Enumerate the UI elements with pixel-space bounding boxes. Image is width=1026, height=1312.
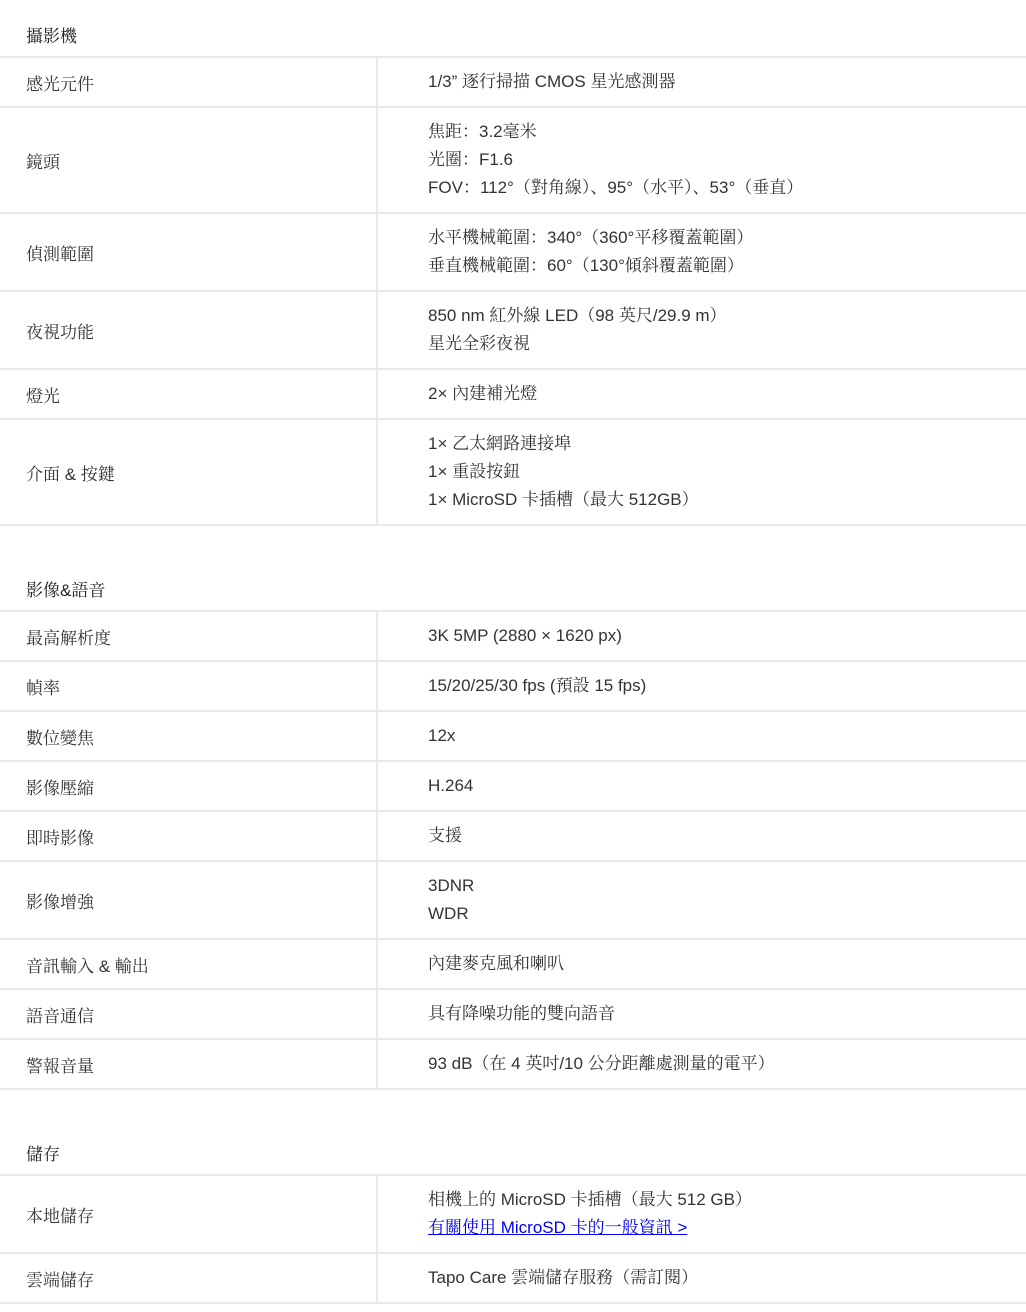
section-title: 影像&語音 — [0, 554, 1026, 612]
spec-label: 數位變焦 — [0, 712, 378, 760]
section-storage: 儲存 本地儲存 相機上的 MicroSD 卡插槽（最大 512 GB） 有關使用… — [0, 1118, 1026, 1304]
section-title: 攝影機 — [0, 0, 1026, 58]
table-row: 夜視功能 850 nm 紅外線 LED（98 英尺/29.9 m） 星光全彩夜視 — [0, 292, 1026, 370]
spec-label: 本地儲存 — [0, 1176, 378, 1252]
spec-label: 鏡頭 — [0, 108, 378, 212]
spec-value-line: 3K 5MP (2880 × 1620 px) — [428, 622, 1026, 650]
table-row: 影像增強 3DNR WDR — [0, 862, 1026, 940]
microsd-info-link[interactable]: 有關使用 MicroSD 卡的一般資訊 > — [428, 1214, 1026, 1242]
spec-label: 雲端儲存 — [0, 1254, 378, 1302]
spec-label: 燈光 — [0, 370, 378, 418]
table-row: 幀率 15/20/25/30 fps (預設 15 fps) — [0, 662, 1026, 712]
spec-label: 感光元件 — [0, 58, 378, 106]
table-row: 即時影像 支援 — [0, 812, 1026, 862]
table-row: 警報音量 93 dB（在 4 英吋/10 公分距離處測量的電平） — [0, 1040, 1026, 1090]
spec-value: 水平機械範圍：340°（360°平移覆蓋範圍） 垂直機械範圍：60°（130°傾… — [378, 214, 1026, 290]
spec-value: 15/20/25/30 fps (預設 15 fps) — [378, 662, 1026, 710]
table-row: 音訊輸入 & 輸出 內建麥克風和喇叭 — [0, 940, 1026, 990]
table-row: 偵測範圍 水平機械範圍：340°（360°平移覆蓋範圍） 垂直機械範圍：60°（… — [0, 214, 1026, 292]
spec-value: 93 dB（在 4 英吋/10 公分距離處測量的電平） — [378, 1040, 1026, 1088]
spec-label: 語音通信 — [0, 990, 378, 1038]
spec-value-line: 850 nm 紅外線 LED（98 英尺/29.9 m） — [428, 302, 1026, 330]
spec-label: 偵測範圍 — [0, 214, 378, 290]
spec-value: 1/3” 逐行掃描 CMOS 星光感測器 — [378, 58, 1026, 106]
table-row: 燈光 2× 內建補光燈 — [0, 370, 1026, 420]
spec-sheet: 攝影機 感光元件 1/3” 逐行掃描 CMOS 星光感測器 鏡頭 焦距：3.2毫… — [0, 0, 1026, 1304]
table-row: 鏡頭 焦距：3.2毫米 光圈：F1.6 FOV：112°（對角線）、95°（水平… — [0, 108, 1026, 214]
spec-value: 2× 內建補光燈 — [378, 370, 1026, 418]
spec-value-line: 支援 — [428, 822, 1026, 850]
spec-value-line: 1× 乙太網路連接埠 — [428, 430, 1026, 458]
spec-value: 相機上的 MicroSD 卡插槽（最大 512 GB） 有關使用 MicroSD… — [378, 1176, 1026, 1252]
section-video-audio: 影像&語音 最高解析度 3K 5MP (2880 × 1620 px) 幀率 1… — [0, 554, 1026, 1090]
spec-value: H.264 — [378, 762, 1026, 810]
spec-value-line: 內建麥克風和喇叭 — [428, 950, 1026, 978]
spec-label: 夜視功能 — [0, 292, 378, 368]
table-row: 本地儲存 相機上的 MicroSD 卡插槽（最大 512 GB） 有關使用 Mi… — [0, 1176, 1026, 1254]
spec-value-line: 2× 內建補光燈 — [428, 380, 1026, 408]
spec-value: 支援 — [378, 812, 1026, 860]
table-row: 雲端儲存 Tapo Care 雲端儲存服務（需訂閱） — [0, 1254, 1026, 1304]
table-row: 感光元件 1/3” 逐行掃描 CMOS 星光感測器 — [0, 58, 1026, 108]
table-row: 數位變焦 12x — [0, 712, 1026, 762]
spec-value-line: 水平機械範圍：340°（360°平移覆蓋範圍） — [428, 224, 1026, 252]
spec-label: 最高解析度 — [0, 612, 378, 660]
spec-value: 焦距：3.2毫米 光圈：F1.6 FOV：112°（對角線）、95°（水平）、5… — [378, 108, 1026, 212]
spec-value-line: 1× MicroSD 卡插槽（最大 512GB） — [428, 486, 1026, 514]
table-row: 影像壓縮 H.264 — [0, 762, 1026, 812]
table-row: 語音通信 具有降噪功能的雙向語音 — [0, 990, 1026, 1040]
spec-value: 內建麥克風和喇叭 — [378, 940, 1026, 988]
spec-value: 3DNR WDR — [378, 862, 1026, 938]
spec-value-line: 1/3” 逐行掃描 CMOS 星光感測器 — [428, 68, 1026, 96]
spec-value-line: 焦距：3.2毫米 — [428, 118, 1026, 146]
spec-value: 1× 乙太網路連接埠 1× 重設按鈕 1× MicroSD 卡插槽（最大 512… — [378, 420, 1026, 524]
spec-label: 影像壓縮 — [0, 762, 378, 810]
spec-label: 音訊輸入 & 輸出 — [0, 940, 378, 988]
spec-value: Tapo Care 雲端儲存服務（需訂閱） — [378, 1254, 1026, 1302]
spec-value-line: H.264 — [428, 772, 1026, 800]
spec-value-line: 93 dB（在 4 英吋/10 公分距離處測量的電平） — [428, 1050, 1026, 1078]
table-row: 最高解析度 3K 5MP (2880 × 1620 px) — [0, 612, 1026, 662]
spec-value: 12x — [378, 712, 1026, 760]
spec-value-line: 具有降噪功能的雙向語音 — [428, 1000, 1026, 1028]
spec-value-line: 相機上的 MicroSD 卡插槽（最大 512 GB） — [428, 1186, 1026, 1214]
spec-value-line: 光圈：F1.6 — [428, 146, 1026, 174]
spec-value: 具有降噪功能的雙向語音 — [378, 990, 1026, 1038]
spec-label: 介面 & 按鍵 — [0, 420, 378, 524]
section-title: 儲存 — [0, 1118, 1026, 1176]
section-camera: 攝影機 感光元件 1/3” 逐行掃描 CMOS 星光感測器 鏡頭 焦距：3.2毫… — [0, 0, 1026, 526]
spec-value: 850 nm 紅外線 LED（98 英尺/29.9 m） 星光全彩夜視 — [378, 292, 1026, 368]
spec-value-line: 垂直機械範圍：60°（130°傾斜覆蓋範圍） — [428, 252, 1026, 280]
spec-value-line: Tapo Care 雲端儲存服務（需訂閱） — [428, 1264, 1026, 1292]
spec-label: 即時影像 — [0, 812, 378, 860]
spec-value-line: 3DNR — [428, 872, 1026, 900]
spec-label: 影像增強 — [0, 862, 378, 938]
spec-value-line: 12x — [428, 722, 1026, 750]
spec-value-line: WDR — [428, 900, 1026, 928]
spec-value-line: 星光全彩夜視 — [428, 330, 1026, 358]
spec-value-line: FOV：112°（對角線）、95°（水平）、53°（垂直） — [428, 174, 1026, 202]
table-row: 介面 & 按鍵 1× 乙太網路連接埠 1× 重設按鈕 1× MicroSD 卡插… — [0, 420, 1026, 526]
spec-value-line: 1× 重設按鈕 — [428, 458, 1026, 486]
spec-value: 3K 5MP (2880 × 1620 px) — [378, 612, 1026, 660]
spec-value-line: 15/20/25/30 fps (預設 15 fps) — [428, 672, 1026, 700]
spec-label: 幀率 — [0, 662, 378, 710]
spec-label: 警報音量 — [0, 1040, 378, 1088]
